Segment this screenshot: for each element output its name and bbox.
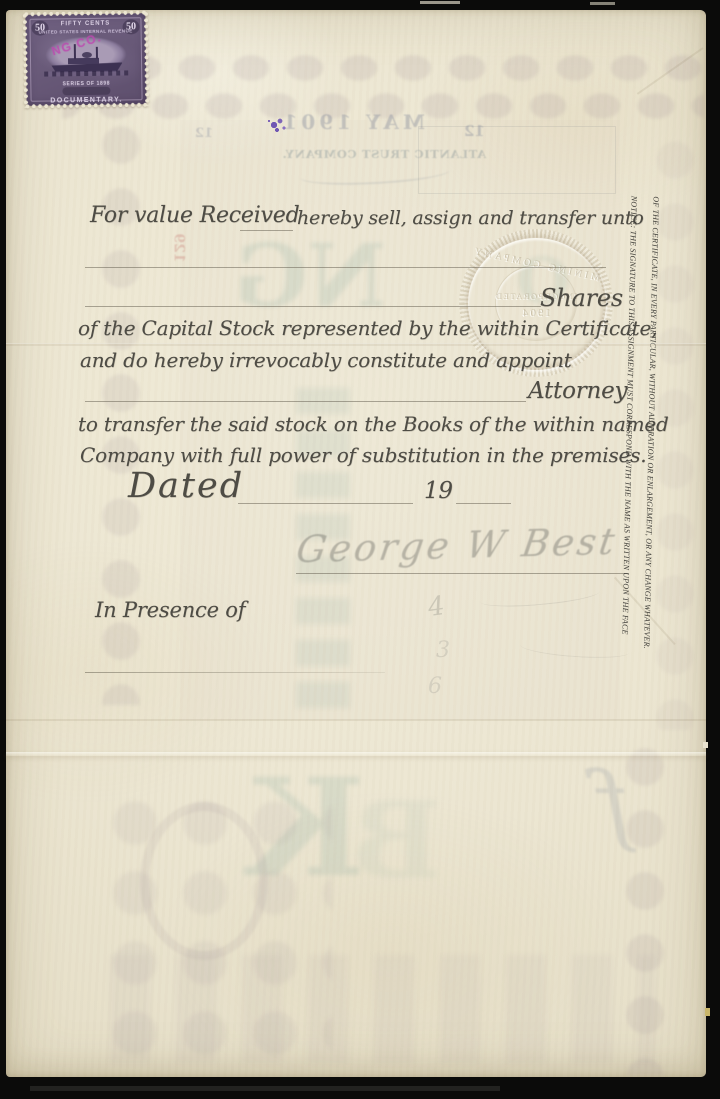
transfer-line2: Company with full power of substitution … — [80, 443, 646, 467]
dated-label: Dated — [128, 466, 244, 506]
fill-line-name-gap — [240, 230, 293, 231]
form-opening-right: hereby sell, assign and transfer unto — [297, 207, 644, 229]
pencil-signature: George W Best — [289, 520, 625, 572]
ship-waves — [44, 70, 129, 76]
fill-line-year — [456, 503, 511, 504]
revenue-stamp: 50 50 FIFTY CENTS UNITED STATES INTERNAL… — [24, 12, 147, 107]
form-opening-left: For value Received — [90, 203, 299, 228]
shares-label: Shares — [540, 284, 618, 312]
signature-line — [296, 573, 628, 574]
capital-stock-line2: and do hereby irrevocably constitute and… — [80, 348, 572, 372]
fill-line-shares — [85, 306, 541, 307]
ship-smoke — [82, 52, 92, 58]
witness-line — [85, 672, 385, 673]
fill-line-date — [238, 503, 413, 504]
purple-ink-blot — [266, 116, 290, 136]
scan-dust-top-2 — [590, 2, 615, 5]
attorney-label: Attorney — [528, 378, 627, 404]
transfer-line1: to transfer the said stock on the Books … — [78, 412, 669, 436]
fill-line-assignee — [85, 267, 606, 268]
capital-stock-line1: of the Capital Stock represented by the … — [78, 316, 657, 340]
fill-line-attorney — [85, 401, 526, 402]
scan-dust-top-1 — [420, 1, 460, 4]
scan-strip-bottom — [30, 1086, 500, 1091]
year-prefix: 19 — [424, 478, 453, 504]
scanned-certificate-back: MAY 1901 12 12 ATLANTIC TRUST COMPANY. 1… — [0, 0, 720, 1099]
witness-label: In Presence of — [95, 598, 245, 622]
stamp-ornament-band — [62, 87, 111, 96]
ship-mast-aft — [95, 47, 97, 59]
